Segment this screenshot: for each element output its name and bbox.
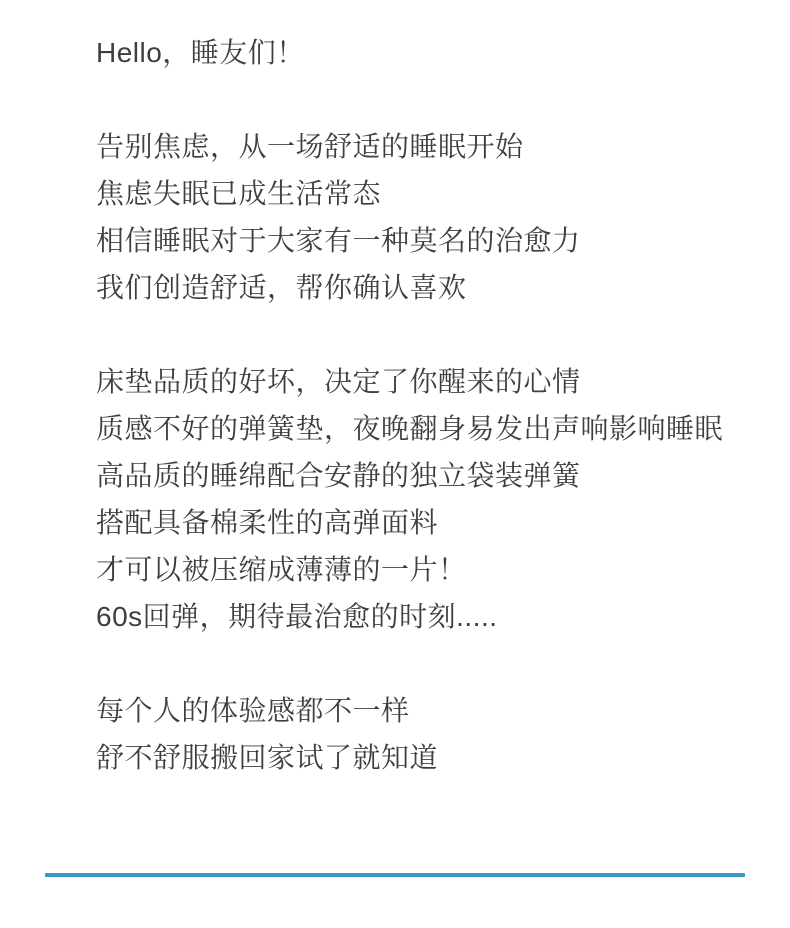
text-line: 搭配具备棉柔性的高弹面料 — [96, 499, 770, 546]
text-line: 高品质的睡绵配合安静的独立袋装弹簧 — [96, 452, 770, 499]
text-line: 才可以被压缩成薄薄的一片！ — [96, 546, 770, 593]
text-line: 焦虑失眠已成生活常态 — [96, 170, 770, 217]
text-line: 质感不好的弹簧垫，夜晚翻身易发出声响影响睡眠 — [96, 405, 770, 452]
text-line: 告别焦虑，从一场舒适的睡眠开始 — [96, 123, 770, 170]
text-line: 相信睡眠对于大家有一种莫名的治愈力 — [96, 217, 770, 264]
paragraph: 床垫品质的好坏，决定了你醒来的心情质感不好的弹簧垫，夜晚翻身易发出声响影响睡眠高… — [96, 358, 770, 640]
paragraph: 每个人的体验感都不一样舒不舒服搬回家试了就知道 — [96, 687, 770, 781]
divider-line — [45, 873, 745, 877]
text-line: 60s回弹，期待最治愈的时刻..... — [96, 593, 770, 640]
text-line: 舒不舒服搬回家试了就知道 — [96, 734, 770, 781]
paragraph: 告别焦虑，从一场舒适的睡眠开始焦虑失眠已成生活常态相信睡眠对于大家有一种莫名的治… — [96, 123, 770, 311]
text-line: 每个人的体验感都不一样 — [96, 687, 770, 734]
text-line: 床垫品质的好坏，决定了你醒来的心情 — [96, 358, 770, 405]
paragraph: Hello，睡友们！ — [96, 29, 770, 76]
text-line: 我们创造舒适，帮你确认喜欢 — [96, 264, 770, 311]
text-line: Hello，睡友们！ — [96, 29, 770, 76]
text-content: Hello，睡友们！告别焦虑，从一场舒适的睡眠开始焦虑失眠已成生活常态相信睡眠对… — [96, 29, 770, 781]
